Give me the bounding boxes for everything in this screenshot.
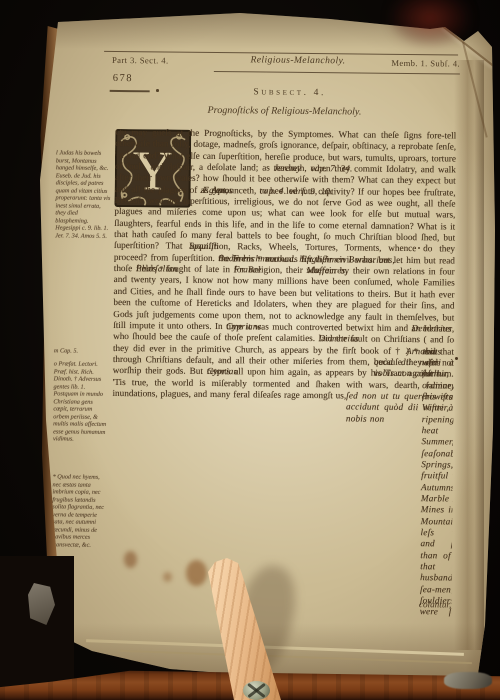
header-bottom-rule — [214, 71, 460, 75]
blurred-finger — [390, 0, 470, 46]
drop-cap-woodcut: Y — [114, 129, 191, 208]
running-header-title: Religious-Melancholy. — [218, 54, 378, 67]
dog-ear-fold-crease-inner — [462, 42, 488, 138]
ink-speck — [455, 357, 458, 360]
ink-speck — [418, 247, 420, 249]
subsection-subtitle: Prognoſticks of Religious-Melancholy. — [119, 104, 449, 118]
body-paragraph: Y Ou may gueſs at the Prognoſticks, by t… — [110, 127, 456, 617]
subsection-heading: Subsect. 4. — [130, 86, 450, 99]
margin-note: m Cap. 5. — [54, 347, 109, 355]
ink-speck — [156, 89, 159, 92]
book-photo-scene: Part 3. Sect. 4. Religious-Melancholy. M… — [0, 0, 500, 700]
drop-cap-letter: Y — [132, 140, 173, 202]
header-top-rule — [104, 51, 458, 56]
margin-note: l Judas his bowels burst, Montanus hange… — [55, 149, 111, 240]
page-right-crease — [454, 60, 484, 650]
running-header-right: Memb. 1. Subſ. 4. — [378, 58, 460, 69]
book-board-corner — [0, 556, 74, 700]
margin-note: * Quod nec hyems, nec æstas tanta imbriu… — [52, 473, 108, 549]
page-number-rule — [110, 90, 150, 92]
margin-note: o Præfat. Lectori. Præf. hist. Rich. Din… — [53, 360, 109, 443]
foxing-stain — [163, 572, 172, 582]
foxing-stain — [124, 551, 137, 568]
running-header-left: Part 3. Sect. 4. — [112, 55, 169, 66]
body-text-run: Ou may gueſs at the Prognoſticks, by the… — [112, 127, 456, 403]
page-number: 678 — [113, 73, 133, 84]
foxing-stain — [186, 560, 207, 586]
clamp-screw — [243, 681, 270, 700]
stand-clamp-part — [444, 672, 492, 689]
